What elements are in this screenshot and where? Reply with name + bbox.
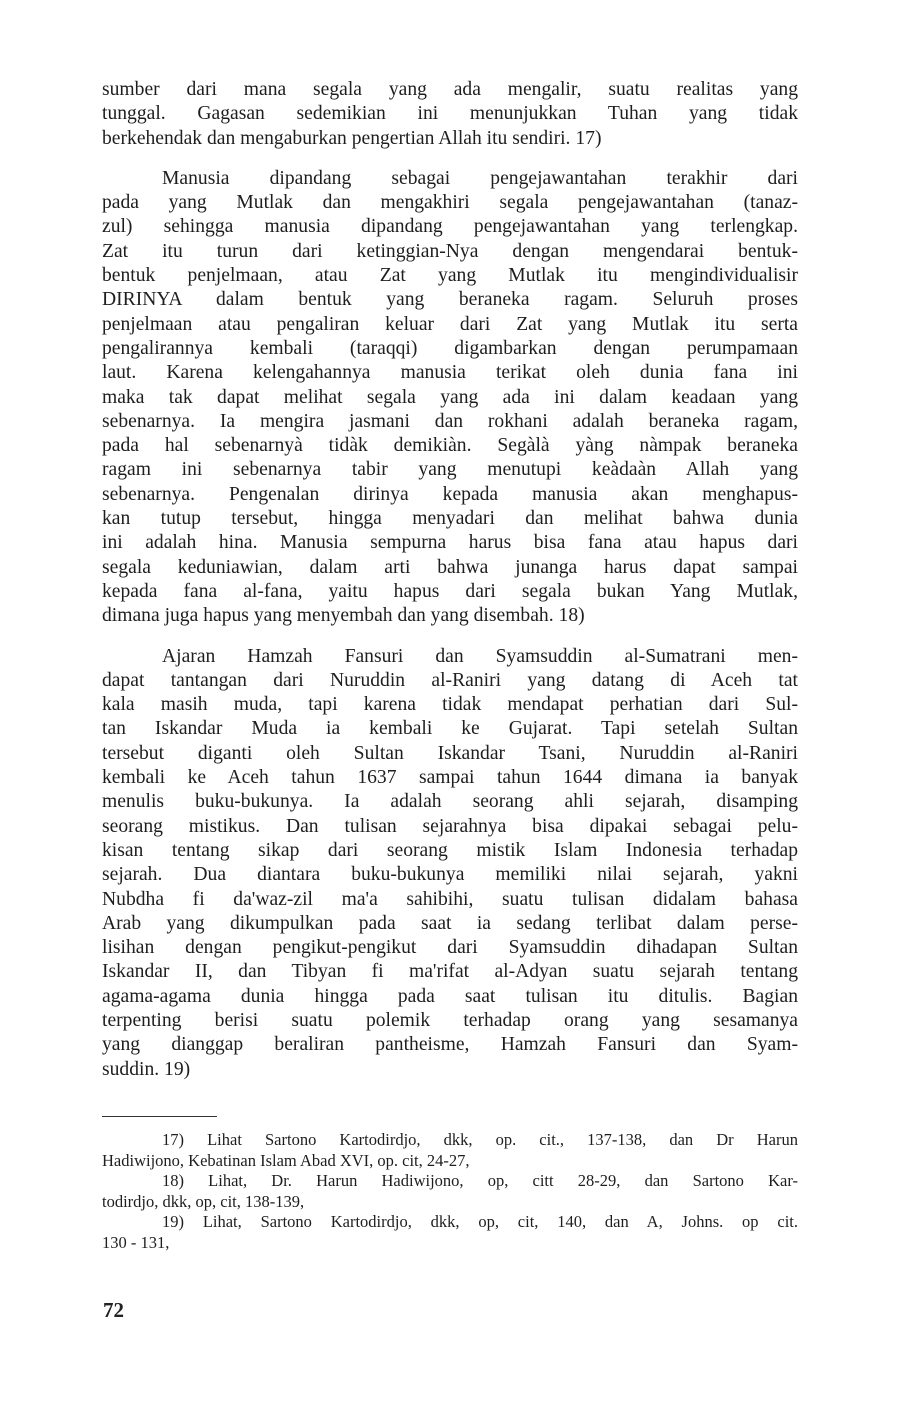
text-line: penjelmaan atau pengaliran keluar dari Z… xyxy=(102,313,798,337)
text-line: kepada fana al-fana, yaitu hapus dari se… xyxy=(102,580,798,604)
text-line: dimana juga hapus yang menyembah dan yan… xyxy=(102,604,798,628)
text-line: yang dianggap beraliran pantheisme, Hamz… xyxy=(102,1033,798,1057)
footnote-line: 17) Lihat Sartono Kartodirdjo, dkk, op. … xyxy=(102,1130,798,1151)
footnote-line: Hadiwijono, Kebatinan Islam Abad XVI, op… xyxy=(102,1151,798,1172)
text-line: Zat itu turun dari ketinggian-Nya dengan… xyxy=(102,240,798,264)
text-line: sebenarnya. Pengenalan dirinya kepada ma… xyxy=(102,483,798,507)
text-line: dapat tantangan dari Nuruddin al-Raniri … xyxy=(102,669,798,693)
text-line: DIRINYA dalam bentuk yang beraneka ragam… xyxy=(102,288,798,312)
text-line: laut. Karena kelengahannya manusia terik… xyxy=(102,361,798,385)
footnote-18: 18) Lihat, Dr. Harun Hadiwijono, op, cit… xyxy=(102,1171,798,1212)
page-number: 72 xyxy=(103,1298,124,1323)
text-line: berkehendak dan mengaburkan pengertian A… xyxy=(102,127,798,151)
text-line: pengalirannya kembali (taraqqi) digambar… xyxy=(102,337,798,361)
text-line: tersebut diganti oleh Sultan Iskandar Ts… xyxy=(102,742,798,766)
footnote-separator xyxy=(102,1116,217,1117)
footnote-line: 130 - 131, xyxy=(102,1233,798,1254)
text-line: segala keduniawian, dalam arti bahwa jun… xyxy=(102,556,798,580)
footnote-line: todirdjo, dkk, op, cit, 138-139, xyxy=(102,1192,798,1213)
text-line: seorang mistikus. Dan tulisan sejarahnya… xyxy=(102,815,798,839)
text-line: kala masih muda, tapi karena tidak menda… xyxy=(102,693,798,717)
paragraph-3: Ajaran Hamzah Fansuri dan Syamsuddin al-… xyxy=(102,645,798,1082)
text-line: kan tutup tersebut, hingga menyadari dan… xyxy=(102,507,798,531)
text-line: kisan tentang sikap dari seorang mistik … xyxy=(102,839,798,863)
text-line: bentuk penjelmaan, atau Zat yang Mutlak … xyxy=(102,264,798,288)
text-line: menulis buku-bukunya. Ia adalah seorang … xyxy=(102,790,798,814)
text-line: lisihan dengan pengikut-pengikut dari Sy… xyxy=(102,936,798,960)
footnote-19: 19) Lihat, Sartono Kartodirdjo, dkk, op,… xyxy=(102,1212,798,1253)
body-text: sumber dari mana segala yang ada mengali… xyxy=(102,78,798,1082)
paragraph-2: Manusia dipandang sebagai pengejawantaha… xyxy=(102,167,798,629)
text-line-italic-titles: Nubdha fi da'waz-zil ma'a sahibihi, suat… xyxy=(102,888,798,912)
text-line-italic-titles: Iskandar II, dan Tibyan fi ma'rifat al-A… xyxy=(102,960,798,984)
text-line: pada hal sebenarnyà tidàk demikiàn. Segà… xyxy=(102,434,798,458)
text-line: Arab yang dikumpulkan pada saat ia sedan… xyxy=(102,912,798,936)
text-line: ini adalah hina. Manusia sempurna harus … xyxy=(102,531,798,555)
text-line: tan Iskandar Muda ia kembali ke Gujarat.… xyxy=(102,717,798,741)
text-line: sumber dari mana segala yang ada mengali… xyxy=(102,78,798,102)
text-line: ragam ini sebenarnya tabir yang menutupi… xyxy=(102,458,798,482)
text-line: agama-agama dunia hingga pada saat tulis… xyxy=(102,985,798,1009)
text-line: maka tak dapat melihat segala yang ada i… xyxy=(102,386,798,410)
text-line: terpenting berisi suatu polemik terhadap… xyxy=(102,1009,798,1033)
text-line: tunggal. Gagasan sedemikian ini menunjuk… xyxy=(102,102,798,126)
paragraph-1: sumber dari mana segala yang ada mengali… xyxy=(102,78,798,151)
text-line: pada yang Mutlak dan mengakhiri segala p… xyxy=(102,191,798,215)
text-line: Ajaran Hamzah Fansuri dan Syamsuddin al-… xyxy=(102,645,798,669)
text-line: sejarah. Dua diantara buku-bukunya memil… xyxy=(102,863,798,887)
text-line: suddin. 19) xyxy=(102,1058,798,1082)
text-line: kembali ke Aceh tahun 1637 sampai tahun … xyxy=(102,766,798,790)
text-line: zul) sehingga manusia dipandang pengejaw… xyxy=(102,215,798,239)
footnote-17: 17) Lihat Sartono Kartodirdjo, dkk, op. … xyxy=(102,1130,798,1171)
text-line: sebenarnya. Ia mengira jasmani dan rokha… xyxy=(102,410,798,434)
footnote-line: 18) Lihat, Dr. Harun Hadiwijono, op, cit… xyxy=(102,1171,798,1192)
text-line: Manusia dipandang sebagai pengejawantaha… xyxy=(102,167,798,191)
footnote-line: 19) Lihat, Sartono Kartodirdjo, dkk, op,… xyxy=(102,1212,798,1233)
footnotes: 17) Lihat Sartono Kartodirdjo, dkk, op. … xyxy=(102,1130,798,1253)
